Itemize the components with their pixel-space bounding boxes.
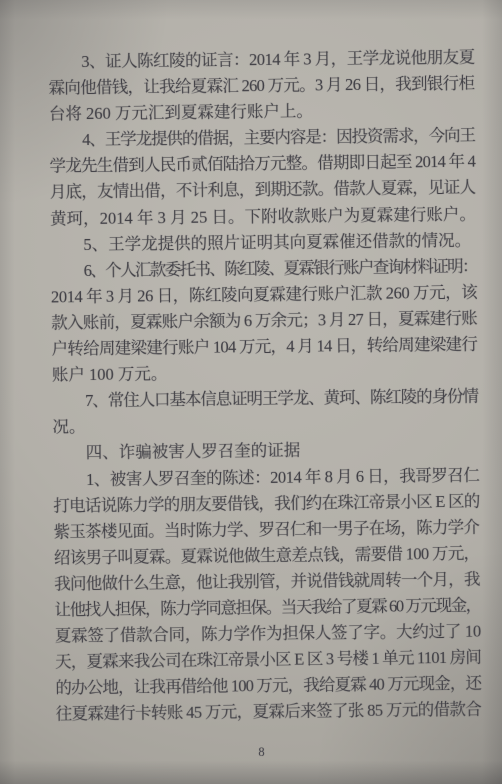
text-line-content: 3、证人陈红陵的证言：2014 年 3 月，王学龙说他朋友夏 [81,48,475,71]
text-line-content: 四、诈骗被害人罗召奎的证据 [86,441,301,462]
text-line-content: 我问他做什么生意，他让我别管，并说借钱就周转一个月，我 [54,569,480,593]
text-line-content: 5、王学龙提供的照片证明其向夏霖催还借款的情况。 [83,230,471,253]
text-line-content: 4、王学龙提供的借据，主要内容是：因投资需求，今向王 [82,126,475,149]
document-photo: 3、证人陈红陵的证言：2014 年 3 月，王学龙说他朋友夏霖向他借钱，让我给夏… [0,0,502,784]
text-line-content: 天，夏霖来我公司在珠江帝景小区 E 区 3 号楼 1 单元 1101 房间 [55,648,481,672]
text-line-content: 打电话说陈力学的朋友要借钱，我们约在珠江帝景小区 E 区的 [53,491,480,515]
text-line-content: 台将 260 万元汇到夏霖建行账户上。 [49,102,313,124]
text-line-content: 2014 年 3 月 26 日，陈红陵向夏霖建行账户汇款 260 万元，该 [51,282,478,306]
text-line-content: 让他找人担保，陈力学同意担保。当天我给了夏霖 60 万元现金， [54,596,480,620]
text-line-content: 黄珂，2014 年 3 月 25 日。下附收款账户为夏霖建行账户。 [50,204,476,228]
text-line-content: 款入账前，夏霖账户余额为 6 万余元；3 月 27 日，夏霖建行账 [51,309,477,333]
text-line-content: 的办公地，让我再借给他 100 万元，我给夏霖 40 万元现金，还 [55,674,481,698]
text-line-content: 往夏霖建行卡转账 45 万元，夏霖后来签了张 85 万元的借款合 [56,700,482,724]
text-line-content: 况。 [52,417,85,436]
text-line-content: 霖向他借钱，让我给夏霖汇 260 万元。3 月 26 日，我到银行柜 [48,74,474,98]
text-line-content: 6、个人汇款委托书、陈红陵、夏霖银行账户查询材料证明： [84,256,477,279]
text-line-content: 7、常住人口基本信息证明王学龙、黄珂、陈红陵的身份情 [85,387,478,410]
text-line-content: 月底，友情出借，不计利息，到期还款。借款人夏霖，见证人 [50,178,476,202]
text-line: 7、常住人口基本信息证明王学龙、黄珂、陈红陵的身份情 [52,384,478,415]
text-line-content: 账户 100 万元。 [52,364,168,384]
text-line-content: 夏霖签了借款合同，陈力学作为担保人签了字。大约过了 10 [55,622,481,646]
document-text-block: 3、证人陈红陵的证言：2014 年 3 月，王学龙说他朋友夏霖向他借钱，让我给夏… [48,45,482,728]
text-line-content: 学龙先生借到人民币贰佰陆拾万元整。借期即日起至 2014 年 4 [49,152,475,176]
text-line-content: 户转给周建梁建行账户 104 万元，4 月 14 日，转给周建梁建行 [51,335,477,359]
text-line-content: 绍该男子叫夏霖。夏霖说他做生意差点钱，需要借 100 万元， [54,543,480,567]
page-number: 8 [0,745,502,760]
text-line-content: 紫玉茶楼见面。当时陈力学、罗召仁和一男子在场，陈力学介 [54,517,480,541]
text-line: 霖向他借钱，让我给夏霖汇 260 万元。3 月 26 日，我到银行柜 [48,71,474,102]
text-line: 往夏霖建行卡转账 45 万元，夏霖后来签了张 85 万元的借款合 [56,697,482,728]
text-line-content: 1、被害人罗召奎的陈述：2014 年 8 月 6 日，我哥罗召仁 [86,465,480,488]
text-line: 户转给周建梁建行账户 104 万元，4 月 14 日，转给周建梁建行 [51,332,477,363]
